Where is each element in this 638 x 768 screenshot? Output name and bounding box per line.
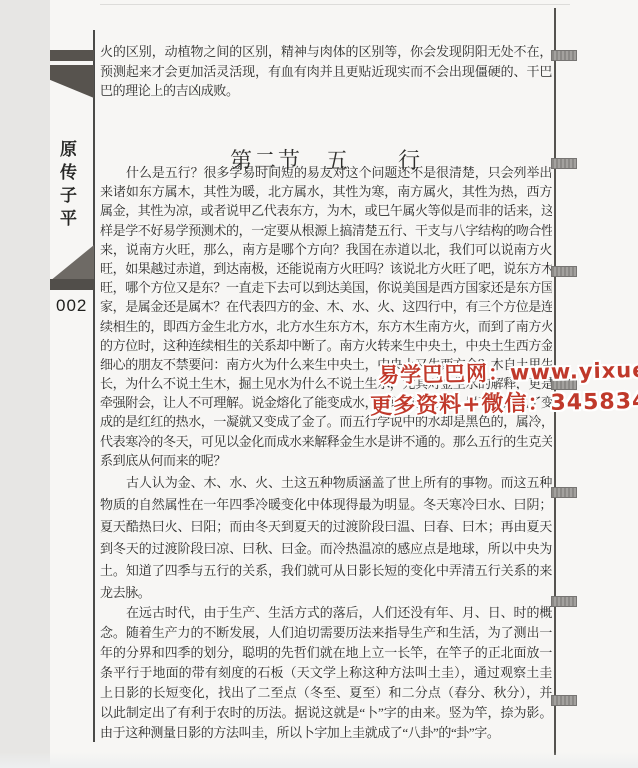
- left-margin-rule: [93, 30, 95, 742]
- page-edge-mark: [551, 158, 577, 169]
- page-top-edge-artifact: [100, 4, 570, 5]
- text-line: 在远古时代，由于生产、生活方式的落后，人们还没有年、月、日、时的概: [100, 603, 552, 623]
- text-line: 旺，哪个方位又是东？一直走下去可以到达美国，你说美国是西方国家还是东方国: [100, 278, 552, 297]
- text-line: 物质的自然属性在一年四季冷暖变化中体现得最为明显。冬天寒冷曰水、曰阴；: [100, 494, 552, 516]
- text-line: 念。随着生产力的不断发展，人们迫切需要历法来指导生产和生活，为了测出一: [100, 623, 552, 643]
- text-line: 土。知道了四季与五行的关系，我们就可从日影长短的变化中弄清五行关系的来: [100, 560, 552, 582]
- text-line: 来，说南方火旺，那么，南方是哪个方向？我国在赤道以北，我们可以说南方火: [100, 240, 552, 259]
- page-edge-mark: [551, 266, 577, 277]
- text-line: 样是学不好易学预测术的，一定要从根源上搞清楚五行、干支与八字结构的吻合性: [100, 221, 552, 240]
- text-line: 由于这种测量日影的方法叫圭，所以卜字加上圭就成了“八卦”的“卦”字。: [100, 723, 552, 743]
- text-line: 巴的理论上的吉凶成败。: [100, 81, 552, 101]
- text-line: 夏天酷热曰火、曰阳；而由冬天到夏天的过渡阶段曰温、曰春、曰木；再由夏天: [100, 516, 552, 538]
- text-line: 火的区别，动植物之间的区别，精神与肉体的区别等，你会发现阴阳无处不在，: [100, 42, 552, 62]
- page-bottom-edge-fade: [0, 752, 638, 768]
- text-line: 代表寒冷的冬天，可见以金化而成水来解释金生水是讲不通的。那么五行的生克关: [100, 432, 552, 451]
- text-line: 的方位时，这种连续相生的关系却中断了。南方火转来生中央土，中央土生西方金。: [100, 336, 552, 355]
- paragraph-what-is-wuxing: 什么是五行？很多学易时间短的易友对这个问题还不是很清楚，只会列举出来诸如东方属木…: [100, 163, 552, 470]
- text-line: 龙去脉。: [100, 582, 552, 604]
- text-line: 古人认为金、木、水、火、土这五种物质涵盖了世上所有的事物。而这五种: [100, 472, 552, 494]
- spine-decoration-top-bar: [50, 50, 94, 61]
- page-edge-mark: [551, 50, 577, 61]
- text-line: 条平行于地面的带有刻度的石板（天文学上称这种方法叫土圭），通过观察土圭: [100, 663, 552, 683]
- text-line: 上日影的长短变化，找出了二至点（冬至、夏至）和二分点（春分、秋分），并: [100, 683, 552, 703]
- book-spine-title: 原传子平: [55, 140, 79, 260]
- paragraph-continuation: 火的区别，动植物之间的区别，精神与肉体的区别等，你会发现阴阳无处不在，预测起来才…: [100, 42, 552, 101]
- page-edge-mark: [551, 596, 577, 607]
- page-edge-mark: [551, 487, 577, 498]
- text-line: 家，是属金还是属木？在代表四方的金、木、水、火、这四行中，有三个方位是连: [100, 297, 552, 316]
- text-line: 年的分界和四季的划分，聪明的先哲们就在地上立一长竿，在竿子的正北面放一: [100, 643, 552, 663]
- text-line: 来诸如东方属木，其性为暖，北方属水，其性为寒，南方属火，其性为热，西方: [100, 182, 552, 201]
- text-line: 预测起来才会更加活灵活现，有血有肉并且更贴近现实而不会出现僵硬的、干巴: [100, 62, 552, 82]
- text-line: 旺，如果越过赤道，到达南极，还能说南方火旺吗？该说北方火旺了吧，说东方木: [100, 259, 552, 278]
- page-edge-mark: [551, 695, 577, 706]
- text-line: 以此制定出了有利于农时的历法。据说这就是“卜”字的由来。竖为竿，捺为影。: [100, 703, 552, 723]
- text-line: 属金，其性为凉，或者说甲乙代表东方，为木，或巳午属火等似是而非的话来，这: [100, 201, 552, 220]
- text-line: 什么是五行？很多学易时间短的易友对这个问题还不是很清楚，只会列举出: [100, 163, 552, 182]
- text-line: 到冬天的过渡阶段曰凉、曰秋、曰金。而冷热温凉的感应点是地球，所以中央为: [100, 538, 552, 560]
- text-line: 续相生的，即西方金生北方水，北方水生东方木，东方木生南方火，而到了南方火: [100, 317, 552, 336]
- page-number: 002: [56, 296, 92, 316]
- spine-decoration-mid-bar: [50, 279, 94, 290]
- text-line: 系到底从何而来的呢？: [100, 451, 552, 470]
- book-page-scan: 原传子平 002 第二节 五 行 火的区别，动植物之间的区别，精神与肉体的区别等…: [0, 0, 638, 768]
- watermark-wechat-contact: 更多资料+微信：3458344044: [370, 382, 638, 420]
- paragraph-ancient-times: 在远古时代，由于生产、生活方式的落后，人们还没有年、月、日、时的概念。随着生产力…: [100, 603, 552, 743]
- paragraph-five-substances: 古人认为金、木、水、火、土这五种物质涵盖了世上所有的事物。而这五种物质的自然属性…: [100, 472, 552, 604]
